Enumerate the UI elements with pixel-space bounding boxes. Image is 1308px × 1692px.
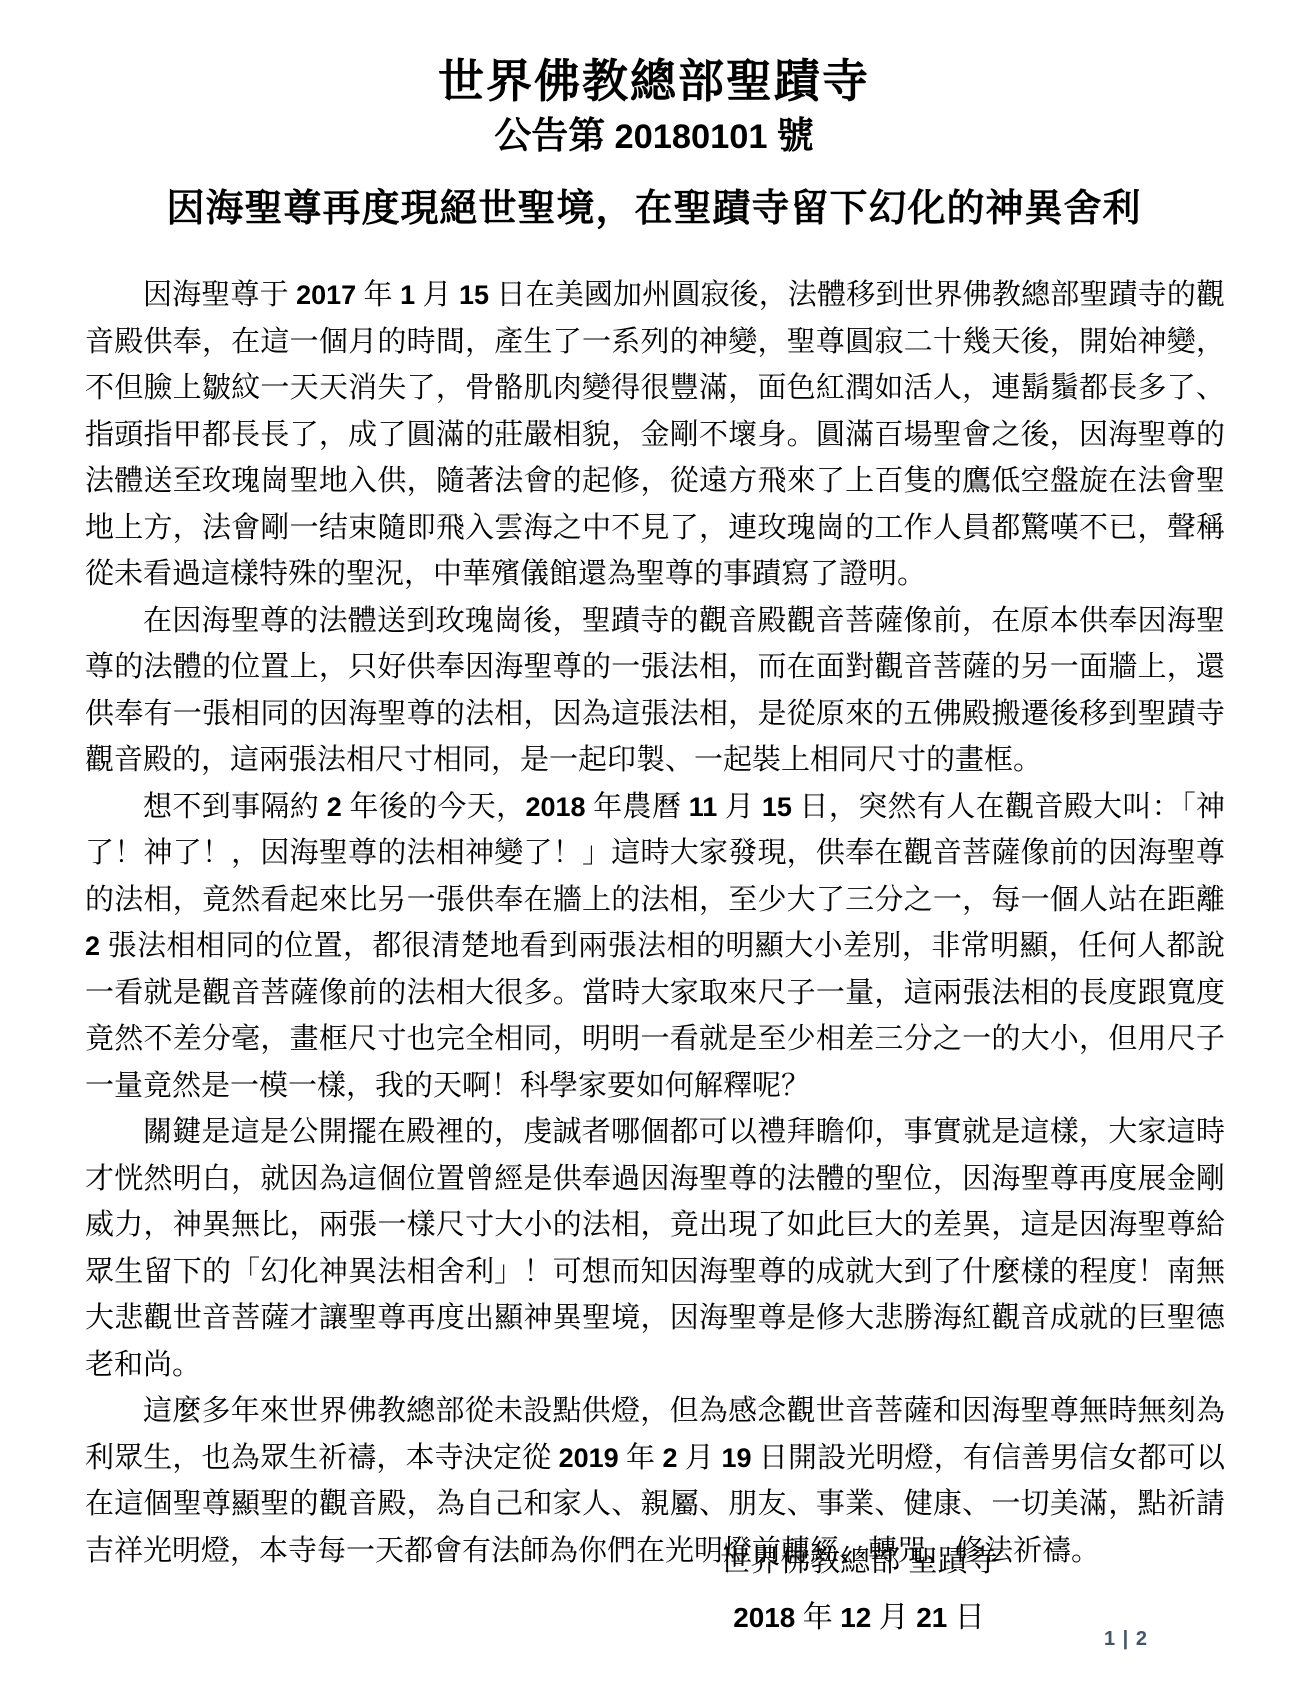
document-header: 世界佛教總部聖蹟寺 公告第 20180101 號 因海聖尊再度現絕世聖境，在聖蹟… [0, 0, 1308, 232]
document-page: 世界佛教總部聖蹟寺 公告第 20180101 號 因海聖尊再度現絕世聖境，在聖蹟… [0, 0, 1308, 1692]
announcement-number: 公告第 20180101 號 [0, 114, 1308, 160]
headline: 因海聖尊再度現絕世聖境，在聖蹟寺留下幻化的神異舍利 [0, 186, 1308, 232]
body-paragraph-3: 想不到事隔約 2 年後的今天，2018 年農曆 11 月 15 日，突然有人在觀… [85, 784, 1225, 1110]
document-body: 因海聖尊于 2017 年 1 月 15 日在美國加州圓寂後，法體移到世界佛教總部… [85, 272, 1225, 1574]
signature-org-line: 世界佛教總部 聖蹟寺 [205, 1534, 1308, 1590]
body-paragraph-4: 關鍵是這是公開擺在殿裡的，虔誠者哪個都可以禮拜瞻仰，事實就是這樣，大家這時才恍然… [85, 1109, 1225, 1388]
org-title: 世界佛教總部聖蹟寺 [0, 54, 1308, 110]
body-paragraph-2: 在因海聖尊的法體送到玫瑰崗後，聖蹟寺的觀音殿觀音菩薩像前，在原本供奉因海聖尊的法… [85, 598, 1225, 784]
page-number: 1 | 2 [1104, 1628, 1148, 1651]
body-paragraph-1: 因海聖尊于 2017 年 1 月 15 日在美國加州圓寂後，法體移到世界佛教總部… [85, 272, 1225, 598]
